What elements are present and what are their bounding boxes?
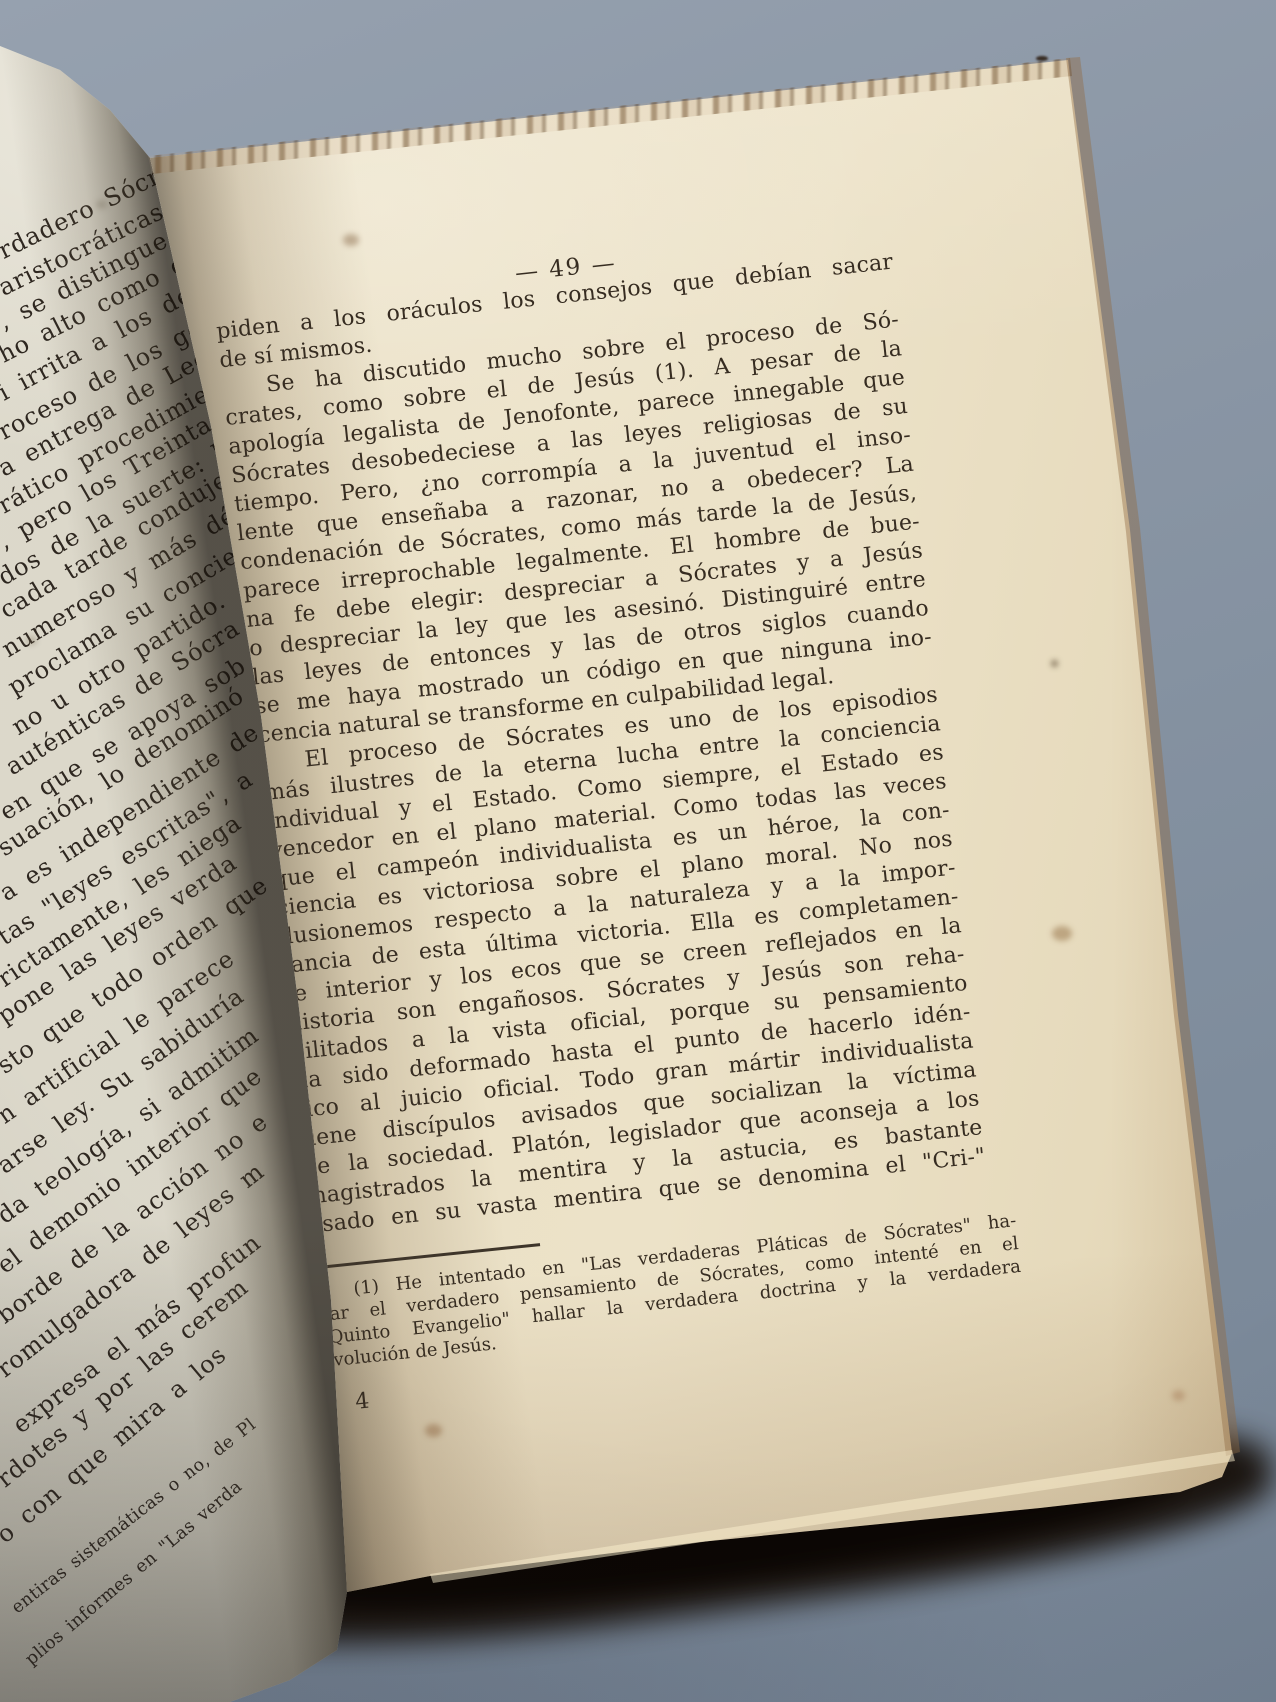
right-page-text-block: — 49 — piden a los oráculos los consejos… [207, 170, 1005, 1418]
book-photo: rdadero Sócratesaristocráticas de, se di… [0, 0, 1276, 1702]
body-text: piden a los oráculos los consejos que de… [215, 248, 987, 1241]
foxing-stain [26, 636, 37, 645]
foxing-stain [96, 200, 107, 209]
edge-nick [1036, 56, 1048, 61]
